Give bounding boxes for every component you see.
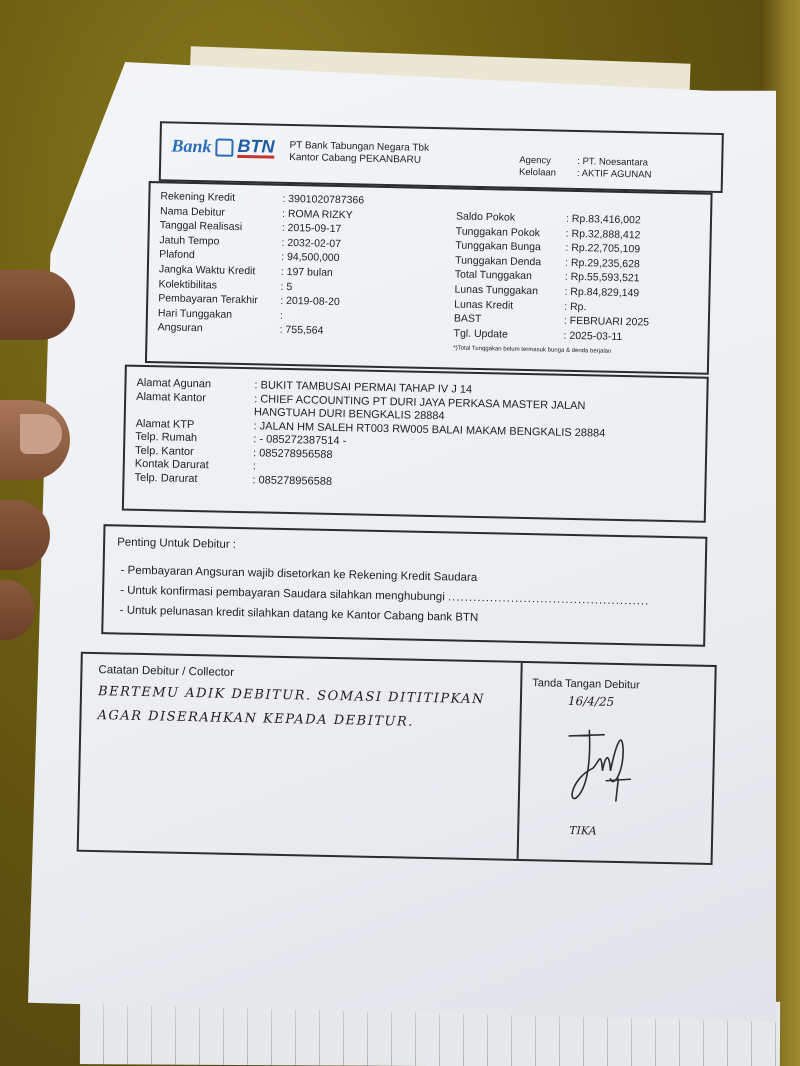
- notice-title: Penting Untuk Debitur :: [117, 536, 236, 550]
- logo-bank-text: Bank: [171, 136, 211, 158]
- finger: [0, 580, 35, 640]
- agency-info: Agency : PT. Noesantara Kelolaan : AKTIF…: [519, 155, 652, 182]
- field-value: : 2025-03-11: [563, 329, 648, 345]
- field-label: Telp. Darurat: [134, 471, 252, 487]
- field-value: : 94,500,000: [281, 250, 363, 266]
- organization-info: PT Bank Tabungan Negara Tbk Kantor Caban…: [289, 140, 429, 167]
- signature-mark-icon: [558, 718, 650, 810]
- holding-hand: [0, 260, 80, 640]
- credit-info-left: Rekening Kredit: 3901020787366 Nama Debi…: [158, 189, 365, 339]
- finger: [0, 500, 50, 570]
- finger: [0, 270, 75, 340]
- notes-signature-section: Catatan Debitur / Collector Bertemu adik…: [77, 652, 717, 865]
- field-label: Angsuran: [158, 321, 280, 338]
- arrears-footnote: *)Total Tunggakan belum termasuk bunga &…: [453, 345, 611, 354]
- important-notice-section: Penting Untuk Debitur : - Pembayaran Ang…: [101, 524, 707, 647]
- logo-btn-text: BTN: [237, 137, 274, 159]
- notice-list: - Pembayaran Angsuran wajib disetorkan k…: [120, 561, 650, 632]
- address-section: Alamat Agunan: BUKIT TAMBUSAI PERMAI TAH…: [122, 365, 709, 523]
- signature-title: Tanda Tangan Debitur: [532, 677, 640, 691]
- address-list: Alamat Agunan: BUKIT TAMBUSAI PERMAI TAH…: [134, 377, 606, 495]
- notes-title: Catatan Debitur / Collector: [98, 664, 234, 679]
- field-label: Alamat Kantor: [136, 390, 255, 419]
- blank-fill-line: ........................................…: [448, 591, 650, 607]
- house-icon: [215, 138, 233, 156]
- thumbnail: [20, 414, 62, 454]
- field-value: : 755,564: [279, 323, 361, 339]
- field-label: Tgl. Update: [453, 326, 563, 343]
- kelolaan-value: : AKTIF AGUNAN: [577, 168, 652, 182]
- notice-item-text: - Untuk konfirmasi pembayaran Saudara si…: [120, 585, 445, 604]
- credit-info-right: Saldo Pokok: Rp.83,416,002 Tunggakan Pok…: [453, 209, 651, 344]
- thumb: [0, 400, 70, 480]
- kelolaan-label: Kelolaan: [519, 167, 577, 180]
- branch-name: Kantor Cabang PEKANBARU: [289, 152, 429, 167]
- credit-info-section: Rekening Kredit: 3901020787366 Nama Debi…: [145, 181, 713, 375]
- field-value: : 2032-02-07: [281, 236, 363, 252]
- signer-name: TIKA: [569, 824, 597, 838]
- handwritten-note: Bertemu adik debitur. Somasi dititipkan …: [97, 680, 508, 737]
- collector-notes: Catatan Debitur / Collector Bertemu adik…: [79, 654, 523, 859]
- signature-date: 16/4/25: [568, 694, 615, 709]
- btn-logo: Bank BTN: [171, 136, 274, 159]
- field-value: :: [280, 309, 362, 325]
- collection-form: Bank BTN PT Bank Tabungan Negara Tbk Kan…: [84, 120, 730, 893]
- debtor-signature-box: Tanda Tangan Debitur 16/4/25 TIKA: [519, 663, 715, 863]
